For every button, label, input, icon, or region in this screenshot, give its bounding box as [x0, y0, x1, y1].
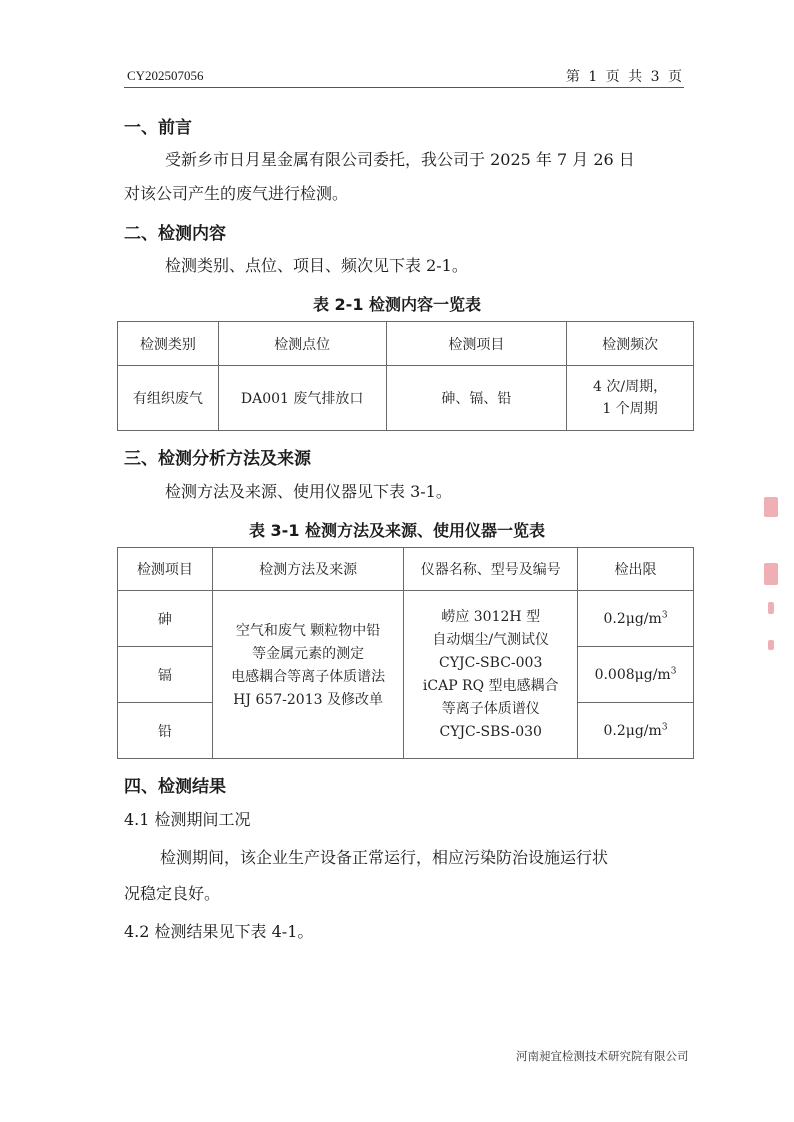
instrument-line: 自动烟尘/气测试仪: [404, 629, 577, 652]
limit-exponent: 3: [662, 722, 668, 732]
table-row: 砷 空气和废气 颗粒物中铅 等金属元素的测定 电感耦合等离子体质谱法 HJ 65…: [118, 591, 694, 647]
report-number: CY202507056: [127, 68, 204, 84]
limit-exponent: 3: [662, 610, 668, 620]
header-item: 检测项目: [118, 548, 213, 591]
header-items: 检测项目: [386, 322, 567, 366]
method-line: 空气和废气 颗粒物中铅: [213, 620, 404, 643]
table-2-1: 检测类别 检测点位 检测项目 检测频次 有组织废气 DA001 废气排放口 砷、…: [117, 321, 694, 431]
header-frequency: 检测频次: [567, 322, 694, 366]
subsection-4-2-title: 4.2 检测结果见下表 4-1。: [124, 922, 313, 942]
table-row: 有组织废气 DA001 废气排放口 砷、镉、铅 4 次/周期， 1 个周期: [118, 366, 694, 431]
section-1-para-line1: 受新乡市日月星金属有限公司委托，我公司于 2025 年 7 月 26 日: [165, 150, 635, 170]
section-3-title: 三、检测分析方法及来源: [124, 444, 311, 469]
seal-mark-icon: [764, 563, 778, 585]
table-header-row: 检测类别 检测点位 检测项目 检测频次: [118, 322, 694, 366]
instrument-line: iCAP RQ 型电感耦合: [404, 675, 577, 698]
cell-limit-arsenic: 0.2μg/m3: [578, 591, 694, 647]
header-detection-limit: 检出限: [578, 548, 694, 591]
header-category: 检测类别: [118, 322, 219, 366]
seal-mark-icon: [768, 602, 774, 614]
header-instrument: 仪器名称、型号及编号: [404, 548, 578, 591]
header-method: 检测方法及来源: [212, 548, 404, 591]
section-2-para: 检测类别、点位、项目、频次见下表 2-1。: [165, 256, 468, 276]
subsection-4-1-title: 4.1 检测期间工况: [124, 810, 251, 830]
table-header-row: 检测项目 检测方法及来源 仪器名称、型号及编号 检出限: [118, 548, 694, 591]
instrument-line: CYJC-SBC-003: [404, 652, 577, 675]
limit-value: 0.008μg/m: [595, 667, 671, 683]
frequency-line2: 1 个周期: [567, 398, 693, 420]
header-divider: [124, 87, 684, 88]
footer-company: 河南昶宜检测技术研究院有限公司: [516, 1048, 689, 1064]
cell-item-arsenic: 砷: [118, 591, 213, 647]
cell-instrument: 崂应 3012H 型 自动烟尘/气测试仪 CYJC-SBC-003 iCAP R…: [404, 591, 578, 759]
page-indicator: 第 1 页 共 3 页: [566, 66, 684, 86]
limit-value: 0.2μg/m: [603, 611, 661, 627]
cell-items: 砷、镉、铅: [386, 366, 567, 431]
cell-item-lead: 铅: [118, 703, 213, 759]
seal-mark-icon: [768, 640, 774, 650]
cell-method: 空气和废气 颗粒物中铅 等金属元素的测定 电感耦合等离子体质谱法 HJ 657-…: [212, 591, 404, 759]
table-3-1-caption: 表 3-1 检测方法及来源、使用仪器一览表: [0, 518, 794, 541]
section-3-para: 检测方法及来源、使用仪器见下表 3-1。: [165, 482, 452, 502]
cell-limit-cadmium: 0.008μg/m3: [578, 647, 694, 703]
cell-category: 有组织废气: [118, 366, 219, 431]
section-2-title: 二、检测内容: [124, 219, 226, 244]
method-line: 电感耦合等离子体质谱法: [213, 666, 404, 689]
section-4-para-line2: 况稳定良好。: [124, 884, 220, 904]
section-4-title: 四、检测结果: [124, 772, 226, 797]
section-1-title: 一、前言: [124, 113, 192, 138]
frequency-line1: 4 次/周期，: [567, 376, 693, 398]
cell-item-cadmium: 镉: [118, 647, 213, 703]
table-3-1: 检测项目 检测方法及来源 仪器名称、型号及编号 检出限 砷 空气和废气 颗粒物中…: [117, 547, 694, 759]
instrument-line: CYJC-SBS-030: [404, 721, 577, 744]
method-line: HJ 657-2013 及修改单: [213, 689, 404, 712]
header-point: 检测点位: [218, 322, 386, 366]
table-2-1-caption: 表 2-1 检测内容一览表: [0, 292, 794, 315]
instrument-line: 崂应 3012H 型: [404, 606, 577, 629]
cell-frequency: 4 次/周期， 1 个周期: [567, 366, 694, 431]
seal-mark-icon: [764, 497, 778, 517]
cell-point: DA001 废气排放口: [218, 366, 386, 431]
method-line: 等金属元素的测定: [213, 643, 404, 666]
limit-value: 0.2μg/m: [603, 723, 661, 739]
instrument-line: 等离子体质谱仪: [404, 698, 577, 721]
section-4-para-line1: 检测期间，该企业生产设备正常运行，相应污染防治设施运行状: [160, 848, 608, 868]
section-1-para-line2: 对该公司产生的废气进行检测。: [124, 184, 348, 204]
cell-limit-lead: 0.2μg/m3: [578, 703, 694, 759]
limit-exponent: 3: [671, 666, 677, 676]
